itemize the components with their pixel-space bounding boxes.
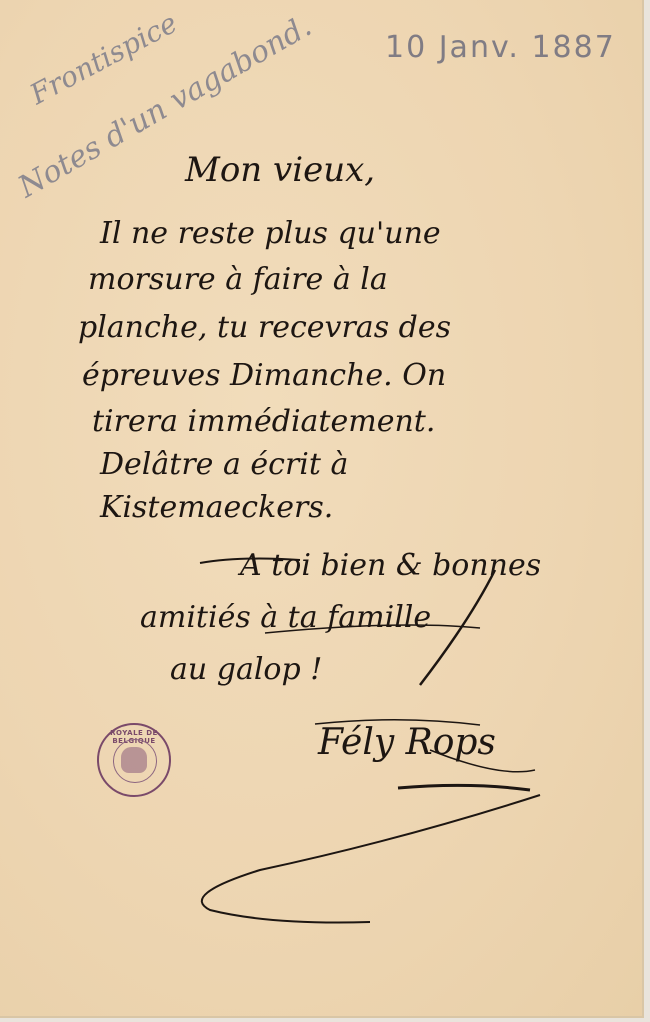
stamp-emblem-icon — [121, 747, 147, 773]
pen-flourishes — [0, 0, 650, 1022]
library-stamp: ROYALE DE BELGIQUE — [97, 723, 171, 797]
signature: Fély Rops — [318, 722, 496, 763]
letter-card: Frontispice Notes d'un vagabond. 10 Janv… — [0, 0, 644, 1018]
